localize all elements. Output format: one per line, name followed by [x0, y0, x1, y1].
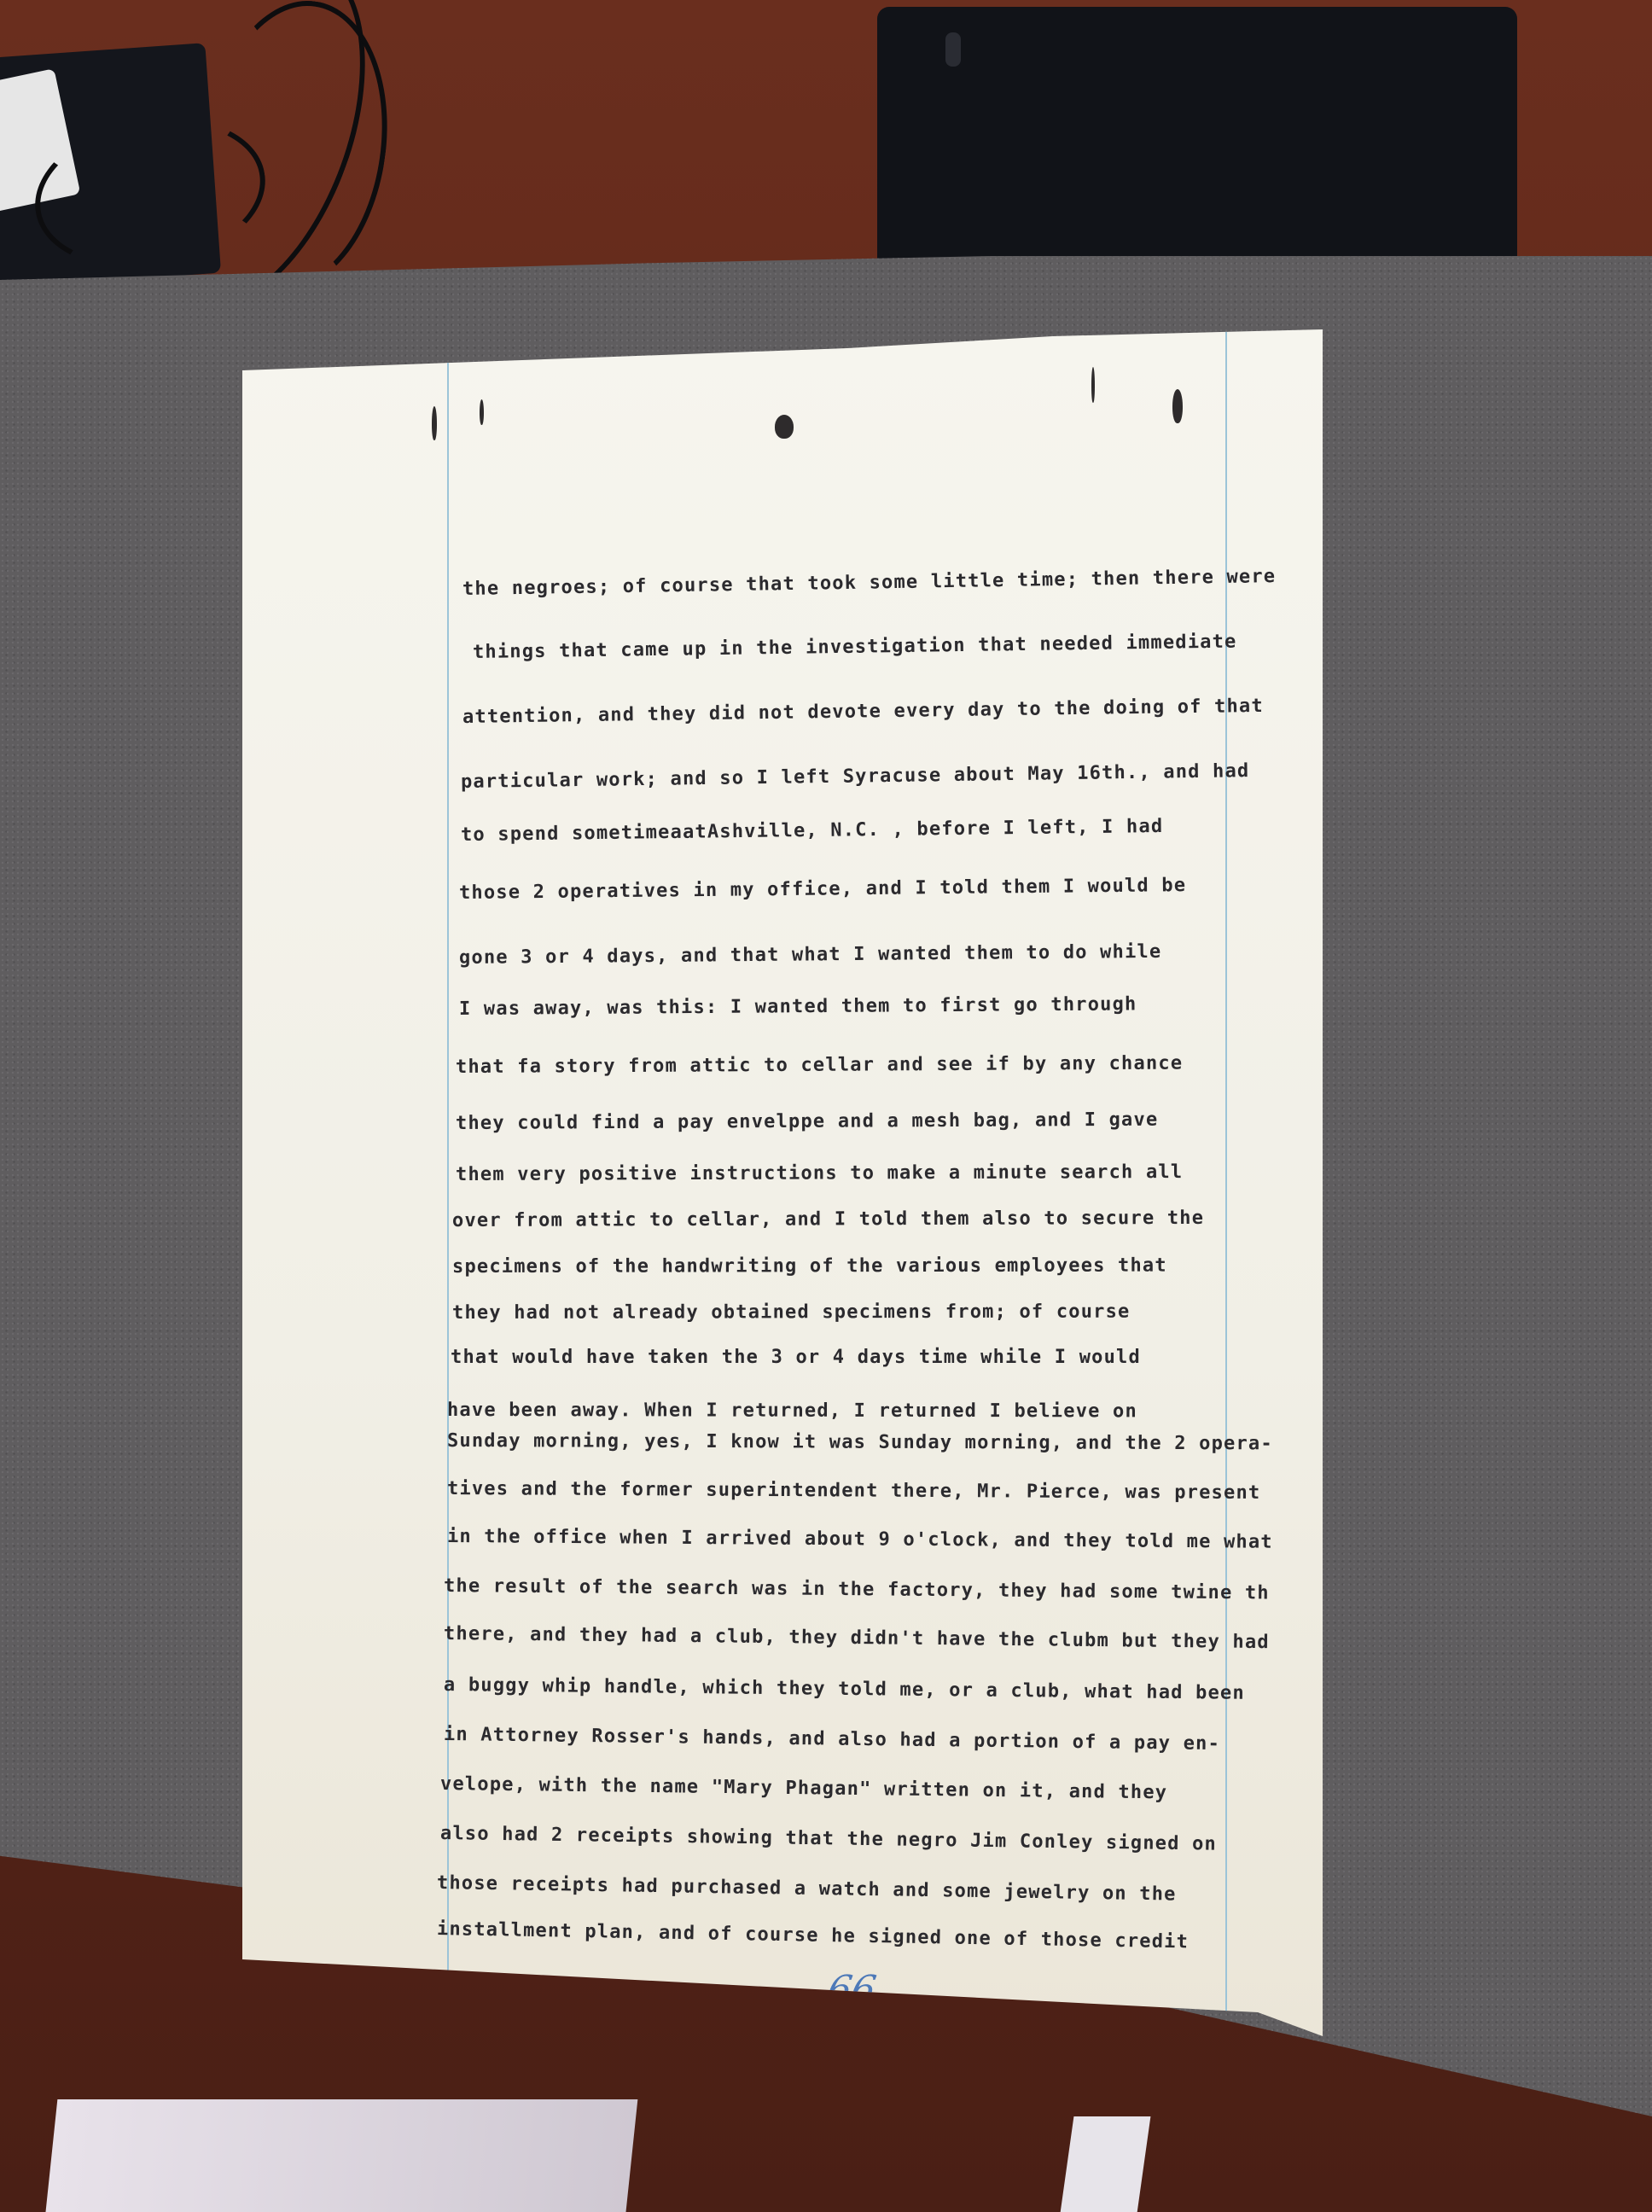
- text-line: have been away. When I returned, I retur…: [447, 1400, 1137, 1422]
- typewritten-page: the negroes; of course that took some li…: [242, 329, 1323, 2036]
- text-line: a buggy whip handle, which they told me,…: [444, 1674, 1245, 1704]
- text-line: them very positive instructions to make …: [456, 1161, 1183, 1185]
- text-line: the negroes; of course that took some li…: [462, 566, 1277, 600]
- text-line: to spend sometimeaatAshville, N.C. , bef…: [461, 816, 1164, 846]
- text-line: tives and the former superintendent ther…: [447, 1478, 1261, 1504]
- typewritten-body: the negroes; of course that took some li…: [242, 329, 1323, 2036]
- text-line: velope, with the name "Mary Phagan" writ…: [440, 1773, 1168, 1803]
- text-line: particular work; and so I left Syracuse …: [461, 760, 1250, 793]
- text-line: over from attic to cellar, and I told th…: [452, 1208, 1204, 1231]
- text-line: those receipts had purchased a watch and…: [437, 1872, 1177, 1906]
- tablet-case: [877, 7, 1517, 271]
- text-line: in the office when I arrived about 9 o'c…: [447, 1526, 1273, 1553]
- text-line: in Attorney Rosser's hands, and also had…: [444, 1724, 1220, 1755]
- text-line: things that came up in the investigation…: [473, 631, 1237, 663]
- text-line: Sunday morning, yes, I know it was Sunda…: [447, 1430, 1273, 1454]
- text-line: I was away, was this: I wanted them to f…: [459, 993, 1137, 1020]
- text-line: they had not already obtained specimens …: [452, 1301, 1131, 1324]
- text-line: that would have taken the 3 or 4 days ti…: [451, 1347, 1141, 1368]
- text-line: those 2 operatives in my office, and I t…: [459, 875, 1186, 904]
- white-support: [1060, 2116, 1151, 2212]
- text-line: that fa story from attic to cellar and s…: [456, 1053, 1183, 1078]
- white-support: [45, 2099, 638, 2212]
- text-line: gone 3 or 4 days, and that what I wanted…: [459, 941, 1162, 969]
- text-line: the result of the search was in the fact…: [444, 1575, 1270, 1604]
- camera-slot-icon: [945, 32, 961, 67]
- text-line: there, and they had a club, they didn't …: [444, 1623, 1270, 1653]
- text-line: also had 2 receipts showing that the neg…: [440, 1823, 1217, 1855]
- text-line: specimens of the handwriting of the vari…: [452, 1255, 1167, 1278]
- text-line: they could find a pay envelppe and a mes…: [456, 1109, 1158, 1134]
- text-line: attention, and they did not devote every…: [462, 696, 1264, 728]
- text-line: installment plan, and of course he signe…: [437, 1918, 1189, 1953]
